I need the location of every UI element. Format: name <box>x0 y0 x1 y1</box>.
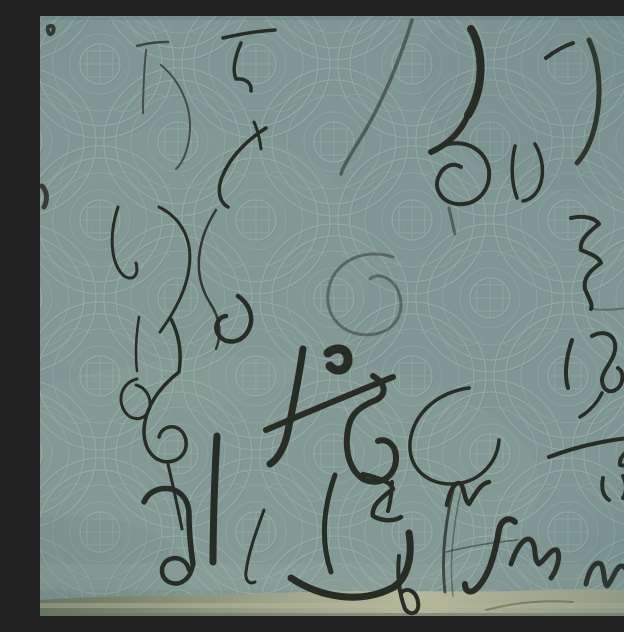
calligraphy-artwork: Cursive Japanese brush calligraphy in bl… <box>40 16 624 616</box>
vignette-overlay <box>40 16 624 616</box>
